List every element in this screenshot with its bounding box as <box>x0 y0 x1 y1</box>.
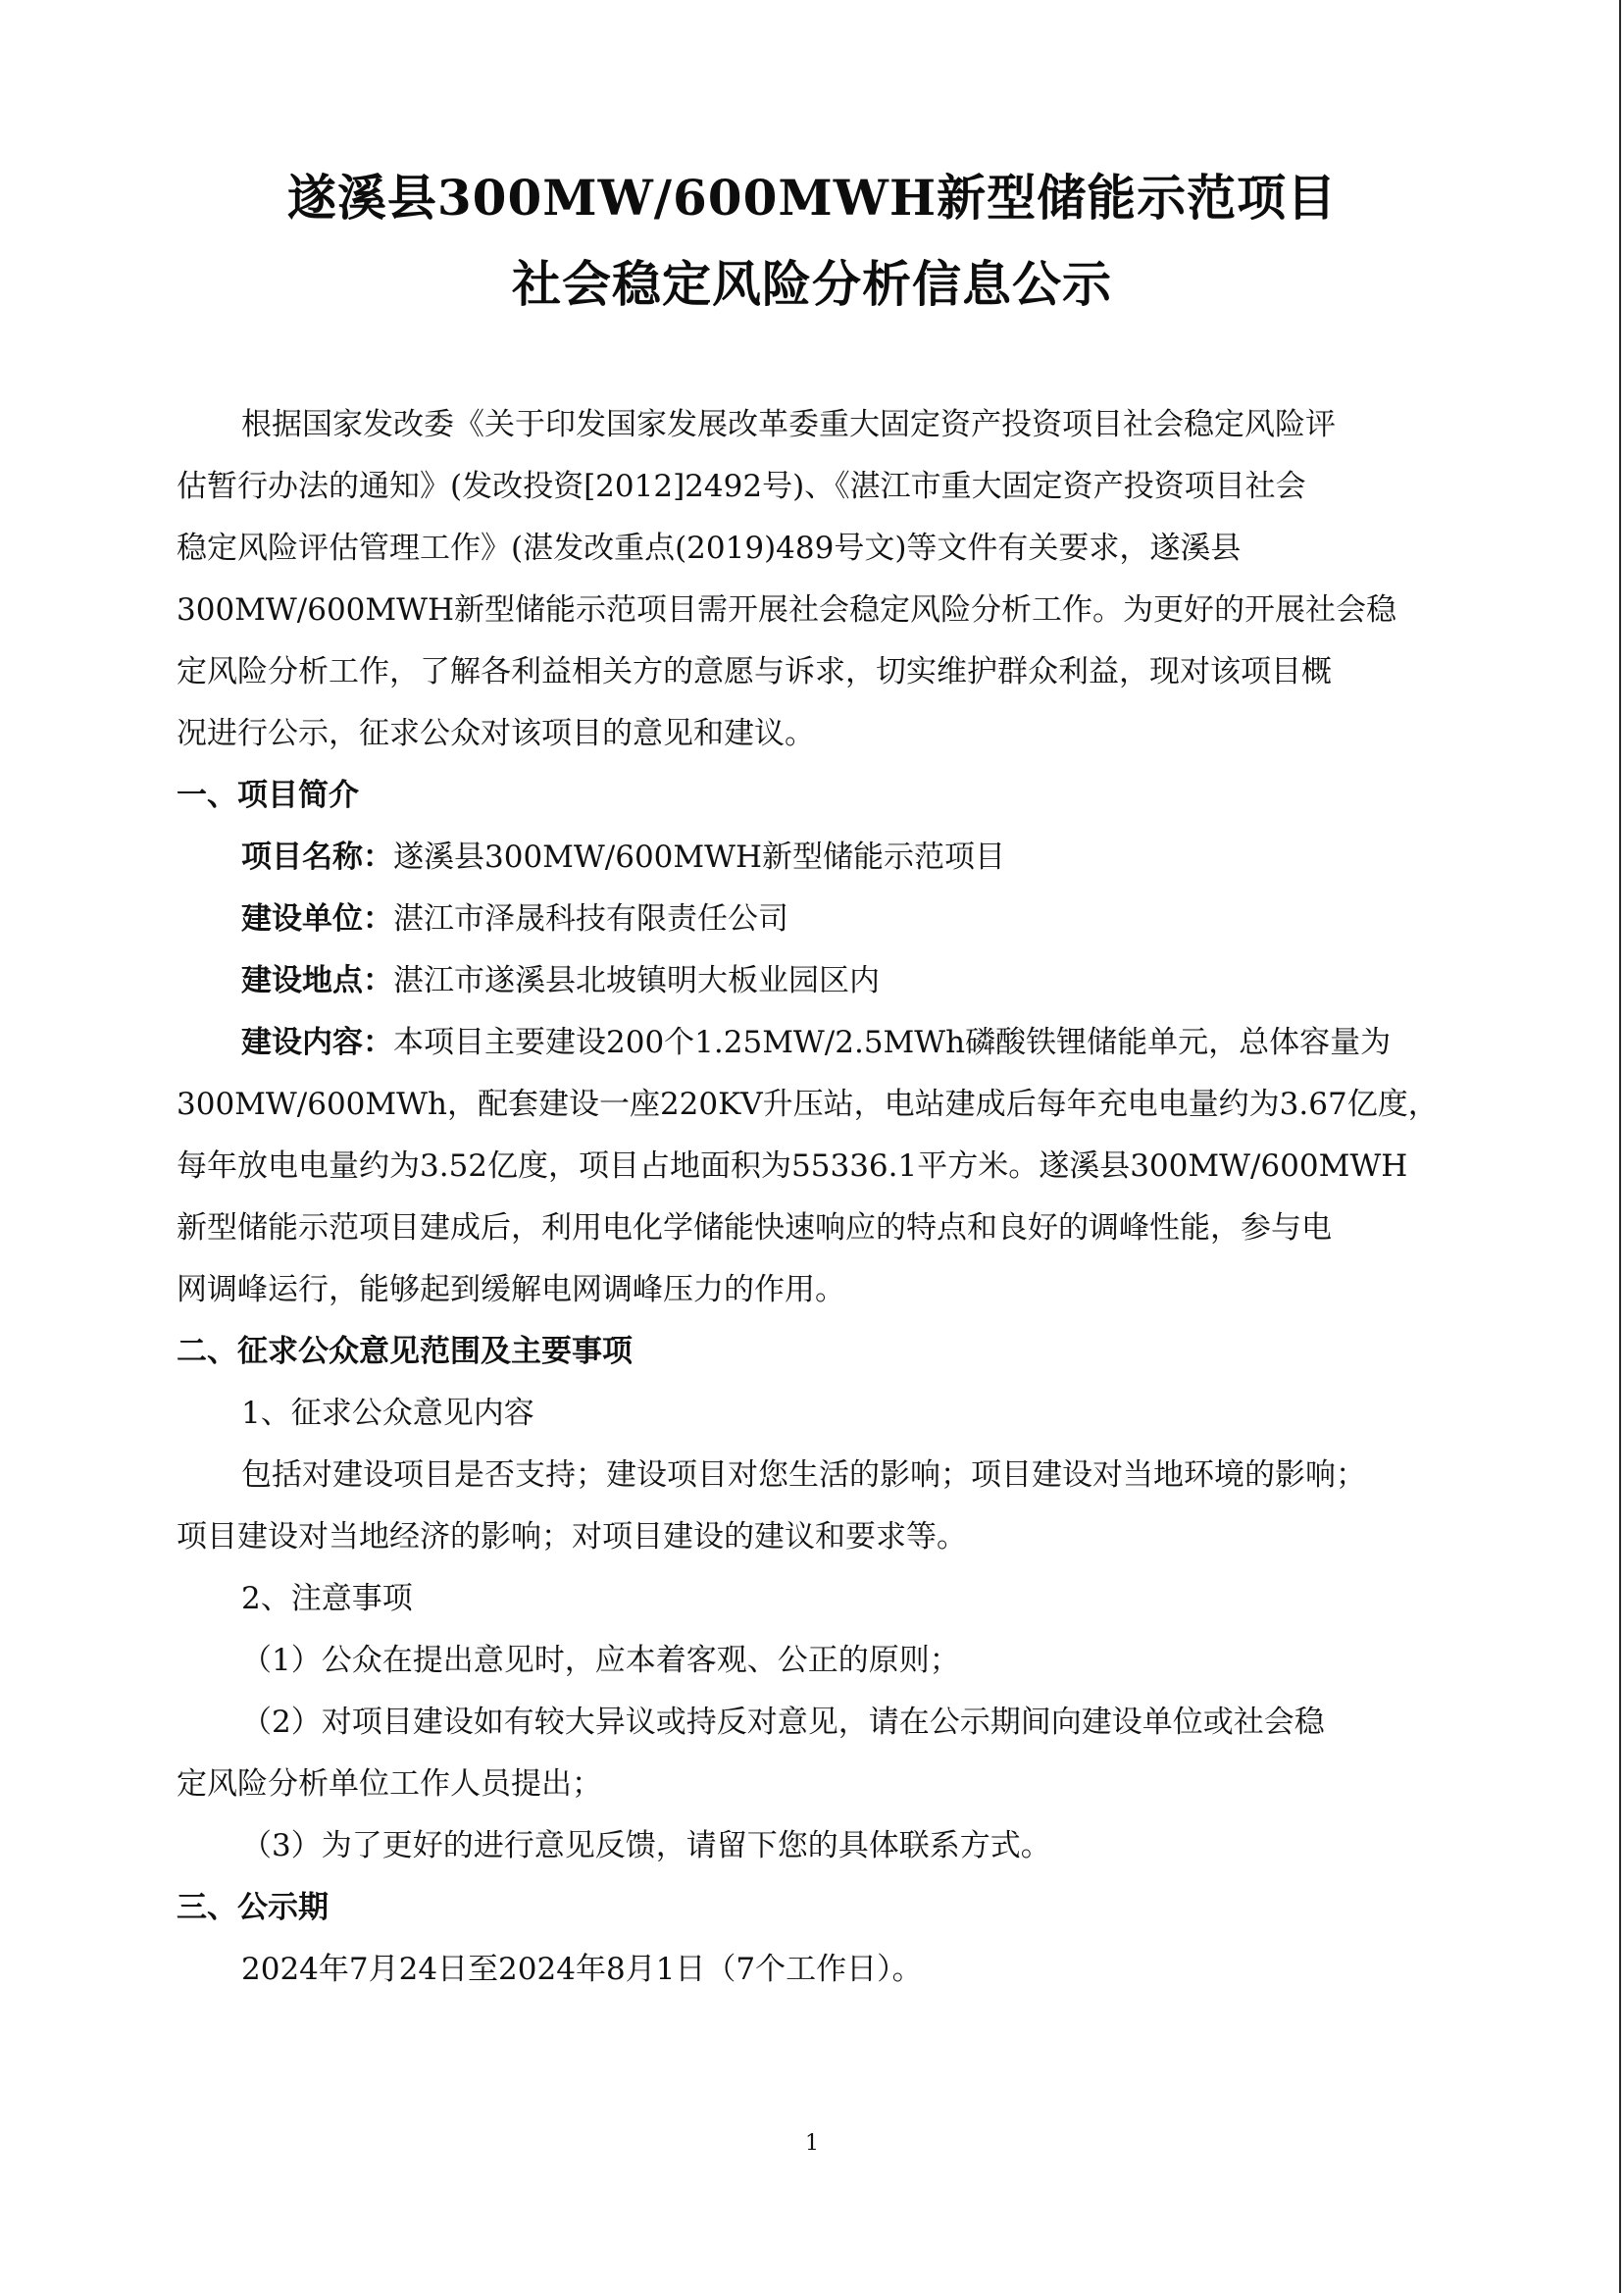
intro-line: 况进行公示，征求公众对该项目的意见和建议。 <box>177 703 1422 765</box>
sub2-heading: 2、注意事项 <box>177 1568 1422 1630</box>
page-number: 1 <box>0 2131 1624 2156</box>
project-name-label: 项目名称： <box>241 840 393 875</box>
document-title-line1: 遂溪县300MW/600MWH新型储能示范项目 <box>0 159 1624 229</box>
note-1: （1）公众在提出意见时，应本着客观、公正的原则； <box>177 1630 1422 1692</box>
scan-edge-line <box>1619 0 1621 2293</box>
publicity-period: 2024年7月24日至2024年8月1日（7个工作日）。 <box>177 1939 1422 2001</box>
content-label: 建设内容： <box>241 1025 393 1060</box>
content-line: 新型储能示范项目建成后，利用电化学储能快速响应的特点和良好的调峰性能，参与电 <box>177 1197 1422 1259</box>
section2-heading: 二、征求公众意见范围及主要事项 <box>177 1321 1422 1383</box>
intro-line: 根据国家发改委《关于印发国家发展改革委重大固定资产投资项目社会稳定风险评 <box>177 394 1422 456</box>
note-2-line: 定风险分析单位工作人员提出； <box>177 1754 1422 1815</box>
project-name-row: 项目名称：遂溪县300MW/600MWH新型储能示范项目 <box>177 827 1422 889</box>
intro-line: 估暂行办法的通知》(发改投资[2012]2492号)、《湛江市重大固定资产投资项… <box>177 456 1422 518</box>
location-label: 建设地点： <box>241 963 393 998</box>
intro-line: 300MW/600MWH新型储能示范项目需开展社会稳定风险分析工作。为更好的开展… <box>177 580 1422 641</box>
document-page: 遂溪县300MW/600MWH新型储能示范项目 社会稳定风险分析信息公示 根据国… <box>0 0 1624 2293</box>
section1-heading: 一、项目简介 <box>177 765 1422 827</box>
builder-row: 建设单位：湛江市泽晟科技有限责任公司 <box>177 889 1422 950</box>
content-row: 建设内容：本项目主要建设200个1.25MW/2.5MWh磷酸铁锂储能单元，总体… <box>177 1012 1422 1074</box>
content-line: 网调峰运行，能够起到缓解电网调峰压力的作用。 <box>177 1259 1422 1321</box>
intro-line: 稳定风险评估管理工作》(湛发改重点(2019)489号文)等文件有关要求，遂溪县 <box>177 518 1422 580</box>
sub1-heading: 1、征求公众意见内容 <box>177 1383 1422 1445</box>
sub1-line: 项目建设对当地经济的影响；对项目建设的建议和要求等。 <box>177 1506 1422 1568</box>
document-title-line2: 社会稳定风险分析信息公示 <box>0 245 1624 316</box>
sub1-line: 包括对建设项目是否支持；建设项目对您生活的影响；项目建设对当地环境的影响； <box>177 1445 1422 1506</box>
location-row: 建设地点：湛江市遂溪县北坡镇明大板业园区内 <box>177 950 1422 1012</box>
location-value: 湛江市遂溪县北坡镇明大板业园区内 <box>393 963 880 998</box>
intro-line: 定风险分析工作，了解各利益相关方的意愿与诉求，切实维护群众利益，现对该项目概 <box>177 641 1422 703</box>
note-2-line: （2）对项目建设如有较大异议或持反对意见，请在公示期间向建设单位或社会稳 <box>177 1692 1422 1754</box>
content-line: 300MW/600MWh，配套建设一座220KV升压站，电站建成后每年充电电量约… <box>177 1074 1422 1136</box>
project-name-value: 遂溪县300MW/600MWH新型储能示范项目 <box>393 840 1005 875</box>
content-first-line: 本项目主要建设200个1.25MW/2.5MWh磷酸铁锂储能单元，总体容量为 <box>393 1025 1391 1060</box>
section3-heading: 三、公示期 <box>177 1877 1422 1939</box>
note-3: （3）为了更好的进行意见反馈，请留下您的具体联系方式。 <box>177 1815 1422 1877</box>
content-line: 每年放电电量约为3.52亿度，项目占地面积为55336.1平方米。遂溪县300M… <box>177 1136 1422 1197</box>
document-body: 根据国家发改委《关于印发国家发展改革委重大固定资产投资项目社会稳定风险评 估暂行… <box>177 394 1422 2001</box>
builder-value: 湛江市泽晟科技有限责任公司 <box>393 901 788 937</box>
builder-label: 建设单位： <box>241 901 393 937</box>
